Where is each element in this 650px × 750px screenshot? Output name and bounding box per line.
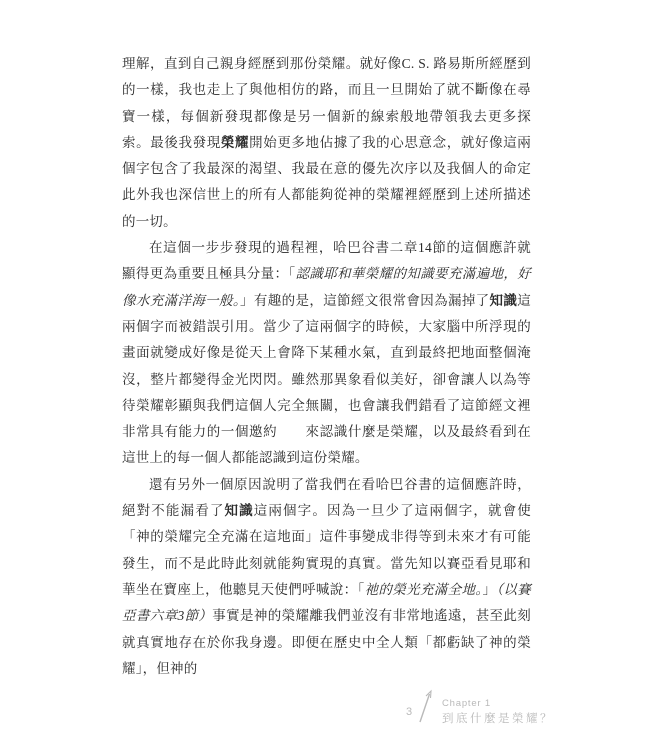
text-segment-bold: 知識 bbox=[490, 293, 518, 308]
text-segment-normal: 」有趣的是，這節經文很常會因為漏掉了 bbox=[240, 293, 490, 308]
paragraph: 理解，直到自己親身經歷到那份榮耀。就好像C. S. 路易斯所經歷到的一樣，我也走… bbox=[122, 51, 531, 235]
chapter-title: 到底什麼是榮耀？ bbox=[442, 710, 554, 726]
text-segment-kai: 祂的榮光充滿全地。 bbox=[365, 582, 483, 597]
book-page: 理解，直到自己親身經歷到那份榮耀。就好像C. S. 路易斯所經歷到的一樣，我也走… bbox=[0, 0, 650, 750]
arrow-slash-icon bbox=[416, 689, 436, 725]
page-footer: 3 Chapter 1 到底什麼是榮耀？ bbox=[400, 686, 610, 731]
page-number: 3 bbox=[406, 706, 412, 718]
text-segment-bold: 榮耀 bbox=[221, 135, 249, 150]
text-segment-normal: 這兩個字而被錯誤引用。當少了這兩個字的時候，大家腦中所浮現的畫面就變成好像是從天… bbox=[122, 293, 531, 466]
paragraph: 還有另外一個原因說明了當我們在看哈巴谷書的這個應許時，絕對不能漏看了知識這兩個字… bbox=[122, 472, 531, 682]
text-segment-bold: 知識 bbox=[224, 503, 253, 518]
paragraph: 在這個一步步發現的過程裡，哈巴谷書二章14節的這個應許就顯得更為重要且極具分量：… bbox=[122, 235, 531, 472]
chapter-label: Chapter 1 bbox=[442, 698, 491, 709]
text-segment-normal: 」 bbox=[482, 582, 496, 597]
page-text: 理解，直到自己親身經歷到那份榮耀。就好像C. S. 路易斯所經歷到的一樣，我也走… bbox=[122, 51, 531, 682]
